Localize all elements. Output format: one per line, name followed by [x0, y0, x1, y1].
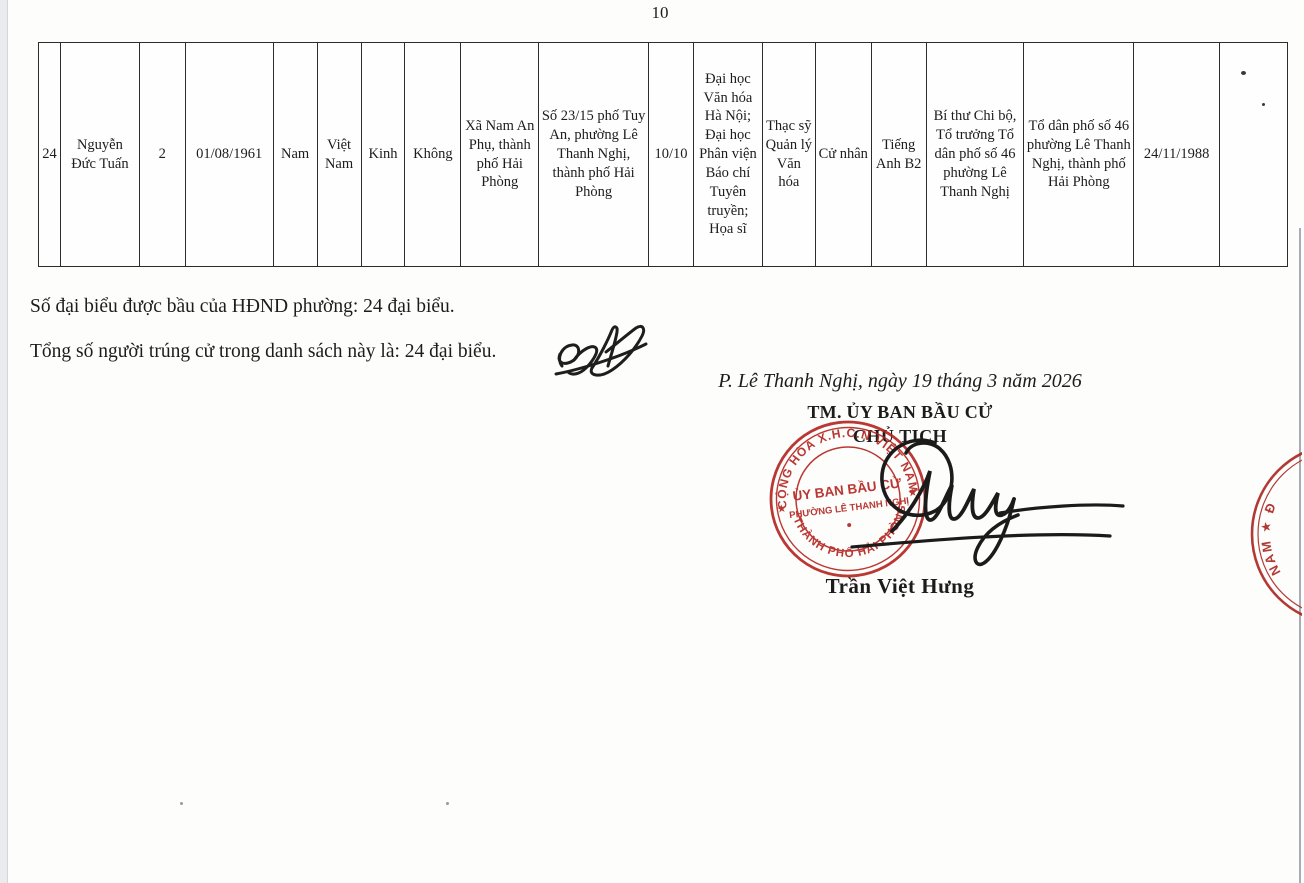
scan-speck — [1241, 71, 1246, 75]
cell-residence: Số 23/15 phố Tuy An, phường Lê Thanh Ngh… — [539, 43, 649, 266]
cell-degree: Thạc sỹ Quản lý Văn hóa — [763, 43, 816, 266]
cell-gender: Nam — [274, 43, 318, 266]
scan-edge-strip — [0, 0, 8, 883]
cell-unit-no: 2 — [140, 43, 186, 266]
cell-nationality: Việt Nam — [318, 43, 362, 266]
summary-elected-count: Số đại biểu được bầu của HĐND phường: 24… — [30, 296, 455, 318]
page-number: 10 — [600, 3, 720, 23]
cell-dob: 01/08/1961 — [186, 43, 274, 266]
signer-name: Trần Việt Hưng — [650, 574, 1150, 599]
cell-foreign-language: Tiếng Anh B2 — [872, 43, 927, 266]
initials-signature — [548, 322, 653, 380]
scan-speck — [180, 802, 183, 805]
edge-partial-stamp: NAM ★ Đ — [1174, 438, 1302, 630]
cell-work-unit: Tổ dân phố số 46 phường Lê Thanh Nghị, t… — [1024, 43, 1134, 266]
cell-name: Nguyễn Đức Tuấn — [61, 43, 140, 266]
cell-professional-education: Đại học Văn hóa Hà Nội; Đại học Phân việ… — [694, 43, 763, 266]
chairman-signature — [840, 423, 1140, 583]
cell-ethnicity: Kinh — [362, 43, 406, 266]
cell-party-date: 24/11/1988 — [1134, 43, 1220, 266]
cell-religion: Không — [405, 43, 461, 266]
cell-general-education: 10/10 — [649, 43, 694, 266]
summary-list-count: Tổng số người trúng cử trong danh sách n… — [30, 341, 496, 363]
cell-political-theory: Cử nhân — [816, 43, 872, 266]
cell-stt: 24 — [39, 43, 61, 266]
scan-speck — [1262, 103, 1265, 106]
place-date-line: P. Lê Thanh Nghị, ngày 19 tháng 3 năm 20… — [650, 370, 1150, 393]
scan-speck — [446, 802, 449, 805]
cell-note — [1220, 43, 1287, 266]
candidate-table: 24 Nguyễn Đức Tuấn 2 01/08/1961 Nam Việt… — [38, 42, 1288, 267]
cell-position: Bí thư Chi bộ, Tổ trưởng Tổ dân phố số 4… — [927, 43, 1025, 266]
cell-birthplace: Xã Nam An Phụ, thành phố Hải Phòng — [461, 43, 539, 266]
stamp-star-left-icon: ★ — [776, 503, 787, 516]
